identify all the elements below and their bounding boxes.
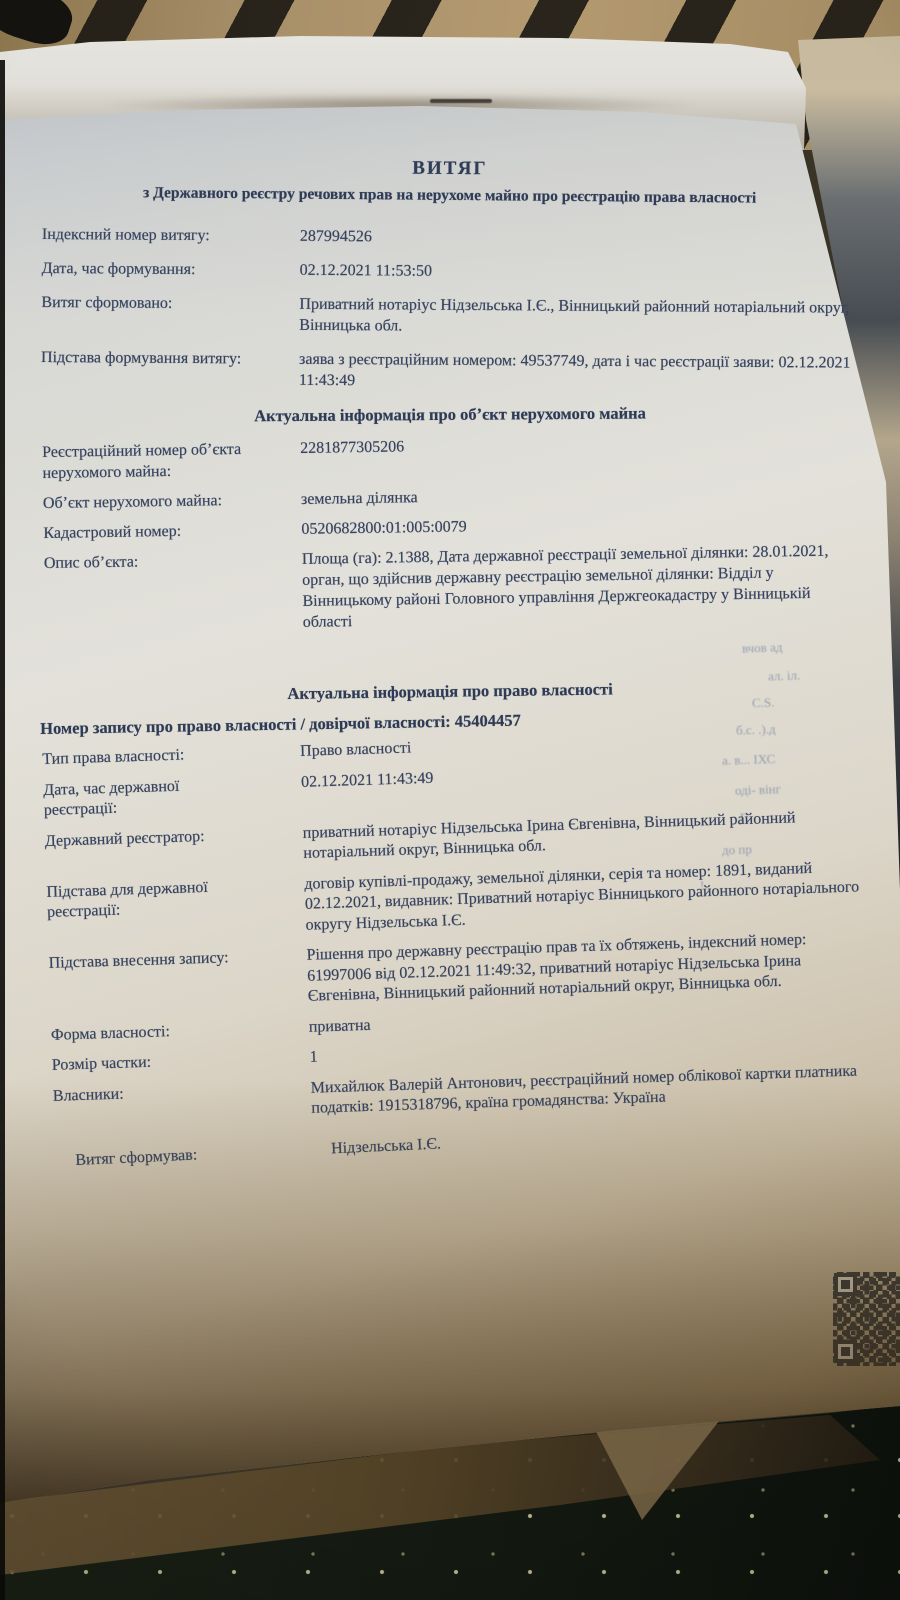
field-label: Підстава внесення запису:: [48, 947, 254, 1015]
qr-finder-bottom-left: [834, 1340, 857, 1363]
field-label: Реєстраційний номер об’єкта нерухомого м…: [42, 439, 247, 484]
field-value: Приватний нотаріус Нідзельська І.Є., Він…: [299, 294, 855, 340]
field-label: Об’єкт нерухомого майна:: [43, 490, 247, 514]
field-label: Опис об’єкта:: [44, 550, 249, 637]
field-value: приватний нотаріус Нідзельська Ірина Євг…: [302, 806, 859, 864]
field-label: Дата, час державної реєстрації:: [43, 774, 248, 821]
field-value: Площа (га): 2.1388, Дата державної реєст…: [302, 540, 859, 633]
field-label: Індексний номер витягу:: [42, 224, 246, 246]
extract-meta-section: Індексний номер витягу: 287994526 Дата, …: [41, 224, 858, 395]
field-label: Власники:: [53, 1080, 258, 1127]
field-value: 2281877305206: [300, 429, 857, 480]
field-value: 02.12.2021 11:43:49: [301, 755, 858, 813]
field-label: Розмір частки:: [52, 1049, 257, 1076]
field-value: 0520682800:01:005:0079: [301, 510, 857, 540]
ownership-info-section: Тип права власності: Право власності Дат…: [42, 724, 873, 1127]
field-label: Витяг сформовано:: [41, 292, 245, 335]
bleedthrough-text: вчов ад: [742, 639, 783, 656]
field-label: Підстава для державної реєстрації:: [46, 876, 252, 944]
field-label: Кадастровий номер:: [43, 520, 247, 544]
field-value: договір купівлі-продажу, земельної ділян…: [304, 857, 862, 936]
field-label: Державний реєстратор:: [45, 825, 250, 872]
field-value: 287994526: [300, 226, 856, 251]
photo-of-document: вчов ад ал. іл. С.S. б.с. .).д а. в... І…: [0, 0, 900, 1600]
field-value: 02.12.2021 11:53:50: [300, 260, 856, 285]
qr-code: [833, 1272, 900, 1366]
photo-edge-strip: [0, 60, 5, 1600]
paper-crease-mark: [430, 99, 492, 103]
field-value: земельна ділянка: [301, 480, 857, 510]
field-label: Підстава формування витягу:: [41, 347, 245, 390]
document-header: ВИТЯГ з Державного реєстру речових прав …: [0, 154, 900, 209]
qr-finder-top-left: [834, 1273, 857, 1296]
field-label: Форма власності:: [51, 1019, 256, 1046]
field-value: Рішення про державну реєстрацію прав та …: [306, 928, 864, 1007]
object-info-section: Реєстраційний номер об’єкта нерухомого м…: [42, 429, 861, 637]
field-label: Дата, час формування:: [42, 258, 246, 280]
field-value: заява з реєстраційним номером: 49537749,…: [299, 349, 855, 395]
